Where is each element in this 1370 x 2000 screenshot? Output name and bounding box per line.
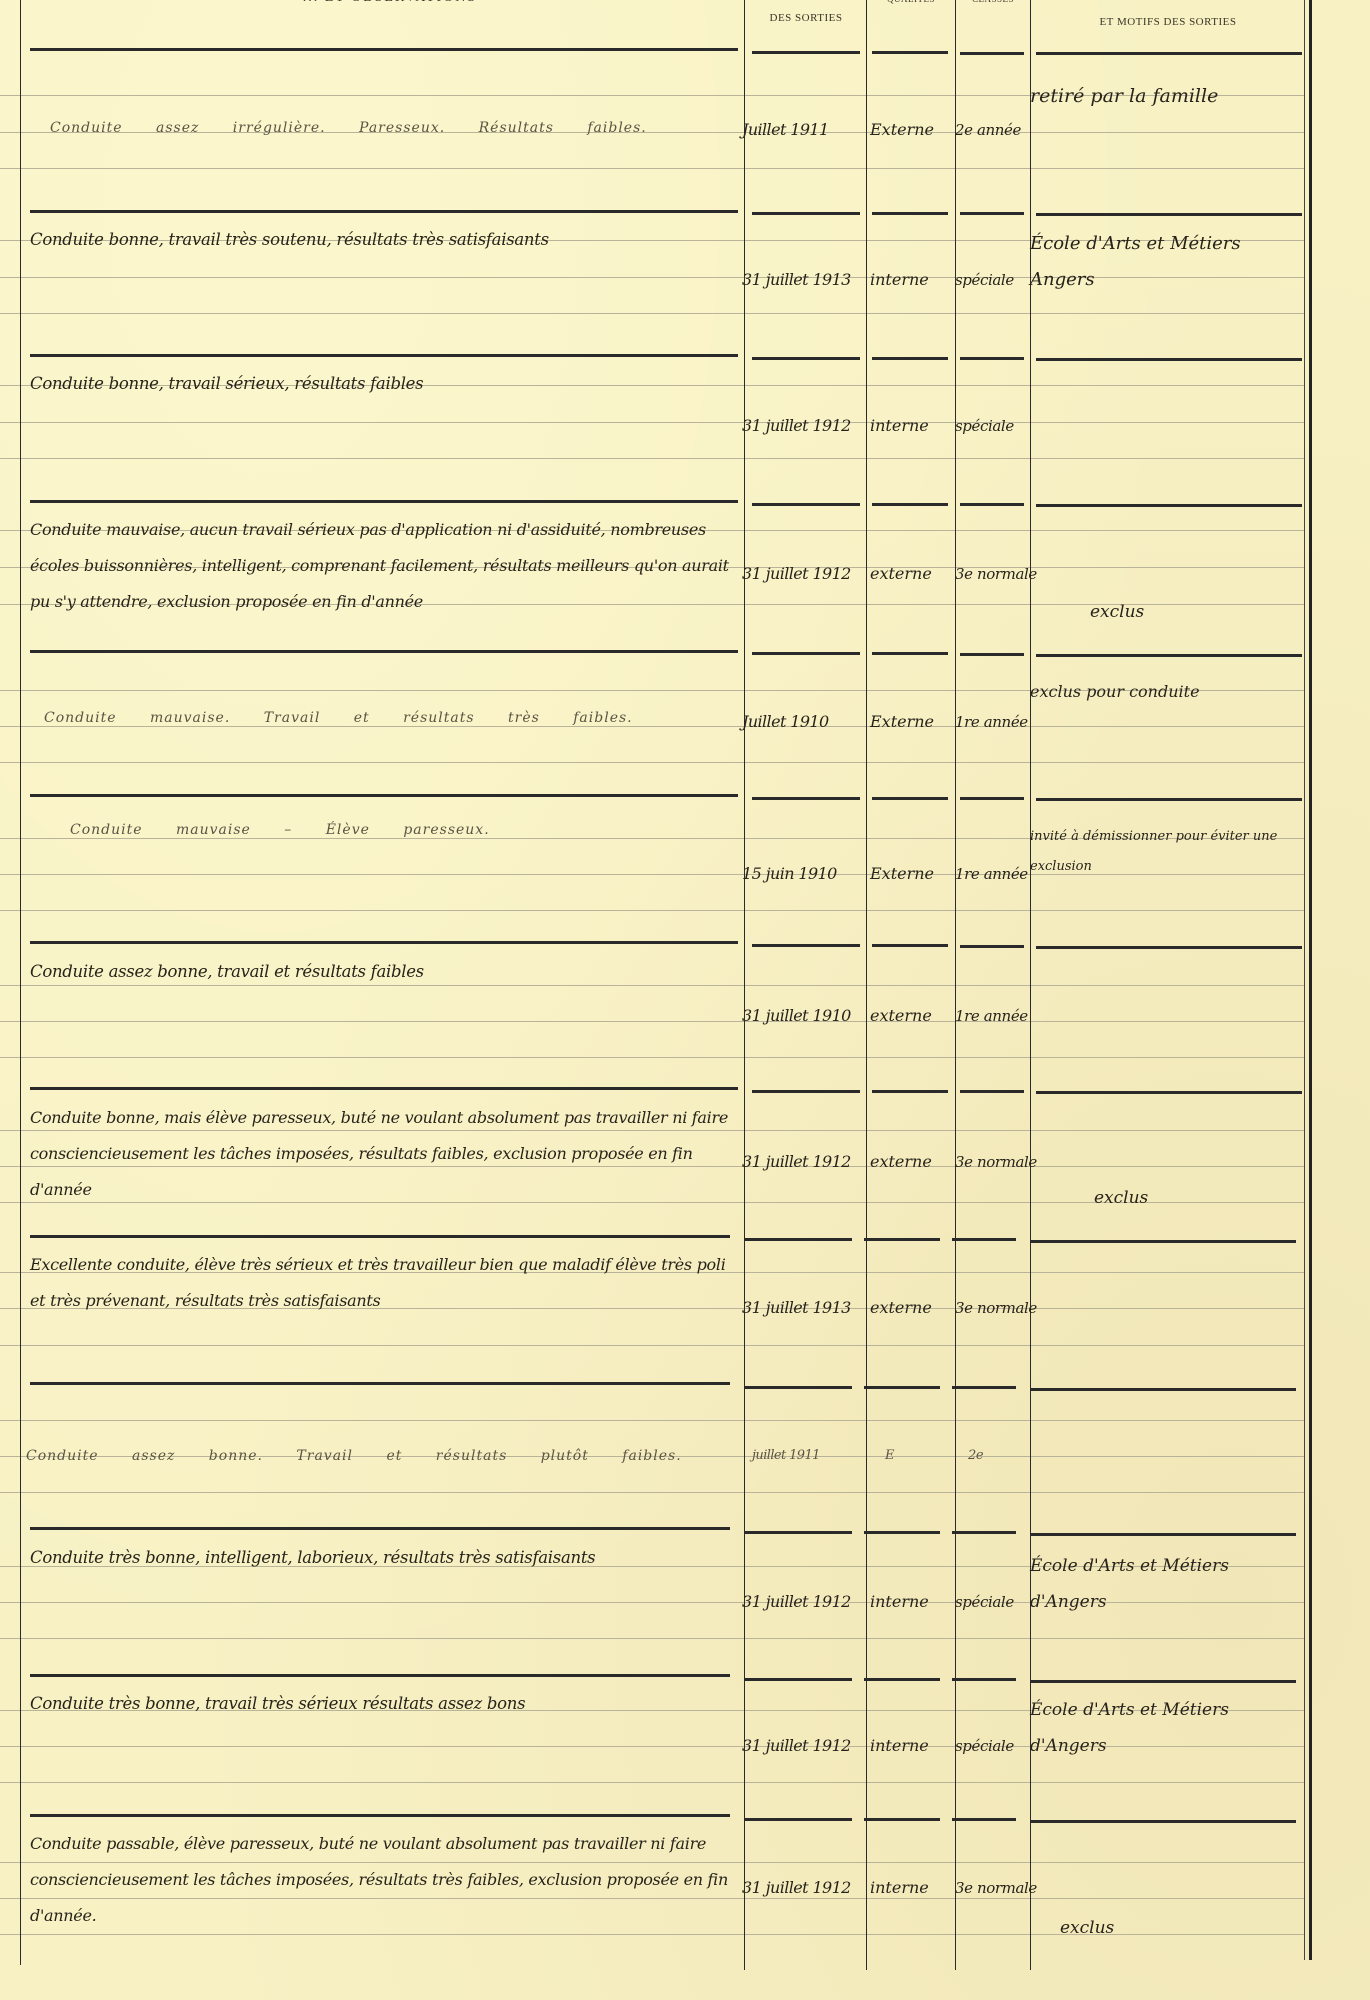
- classe: 1re année: [955, 998, 1029, 1034]
- qualite: interne: [870, 262, 954, 298]
- header-date-sorties: des sorties: [746, 12, 866, 24]
- date-sortie: 31 juillet 1912: [742, 408, 866, 444]
- observations-text: Conduite bonne, travail très soutenu, ré…: [30, 222, 735, 258]
- qualite: externe: [870, 556, 954, 592]
- qualite: E: [885, 1438, 969, 1474]
- qualite: externe: [870, 998, 954, 1034]
- date-sortie: 31 juillet 1913: [742, 1290, 866, 1326]
- observations-text: Conduite très bonne, intelligent, labori…: [30, 1540, 735, 1576]
- observations-text: Conduite assez irrégulière. Paresseux. R…: [50, 110, 755, 146]
- qualite: interne: [870, 1728, 954, 1764]
- date-sortie: 31 juillet 1912: [742, 556, 866, 592]
- classe: 1re année: [955, 856, 1029, 892]
- col-line-qualites: [866, 0, 867, 1970]
- header-motifs: et motifs des sorties: [1032, 16, 1304, 28]
- left-margin-line: [20, 0, 21, 1965]
- qualite: interne: [870, 1584, 954, 1620]
- motif-sortie: École d'Arts et Métiers d'Angers: [1030, 1692, 1308, 1764]
- qualite: Externe: [870, 704, 954, 740]
- classe: 2e année: [955, 112, 1029, 148]
- motif-sortie: exclus: [1060, 1910, 1338, 1946]
- date-sortie: juillet 1911: [752, 1438, 876, 1474]
- date-sortie: 31 juillet 1912: [742, 1584, 866, 1620]
- motif-sortie: exclus: [1094, 1180, 1370, 1216]
- header-observations: ... et observations: [180, 0, 600, 6]
- classe: spéciale: [955, 408, 1029, 444]
- observations-text: Conduite mauvaise, aucun travail sérieux…: [30, 512, 735, 620]
- classe: spéciale: [955, 1584, 1029, 1620]
- qualite: externe: [870, 1290, 954, 1326]
- classe: 3e normale: [955, 556, 1029, 592]
- classe: 3e normale: [955, 1870, 1029, 1906]
- classe: 3e normale: [955, 1290, 1029, 1326]
- classe: spéciale: [955, 262, 1029, 298]
- date-sortie: 31 juillet 1912: [742, 1144, 866, 1180]
- motif-sortie: invité à démissionner pour éviter une ex…: [1030, 822, 1308, 882]
- classe: spéciale: [955, 1728, 1029, 1764]
- qualite: interne: [870, 408, 954, 444]
- motif-sortie: retiré par la famille: [1030, 78, 1308, 114]
- classe: 2e: [968, 1438, 1042, 1474]
- qualite: Externe: [870, 856, 954, 892]
- observations-text: Conduite très bonne, travail très sérieu…: [30, 1686, 735, 1722]
- outer-border-outer: [1309, 0, 1312, 1960]
- motif-sortie: École d'Arts et Métiers Angers: [1030, 226, 1308, 298]
- header-classes: classes: [956, 0, 1030, 4]
- qualite: interne: [870, 1870, 954, 1906]
- qualite: Externe: [870, 112, 954, 148]
- motif-sortie: École d'Arts et Métiers d'Angers: [1030, 1548, 1308, 1620]
- observations-text: Conduite bonne, mais élève paresseux, bu…: [30, 1100, 735, 1208]
- observations-text: Conduite passable, élève paresseux, buté…: [30, 1826, 735, 1934]
- date-sortie: 31 juillet 1912: [742, 1870, 866, 1906]
- date-sortie: 31 juillet 1910: [742, 998, 866, 1034]
- observations-text: Conduite mauvaise. Travail et résultats …: [44, 700, 749, 736]
- date-sortie: Juillet 1910: [742, 704, 866, 740]
- observations-text: Conduite assez bonne. Travail et résulta…: [26, 1438, 731, 1474]
- date-sortie: Juillet 1911: [742, 112, 866, 148]
- motif-sortie: exclus: [1090, 594, 1368, 630]
- observations-text: Conduite mauvaise – Élève paresseux.: [70, 812, 775, 848]
- date-sortie: 31 juillet 1913: [742, 262, 866, 298]
- classe: 1re année: [955, 704, 1029, 740]
- observations-text: Conduite assez bonne, travail et résulta…: [30, 954, 735, 990]
- observations-text: Excellente conduite, élève très sérieux …: [30, 1247, 735, 1319]
- observations-text: Conduite bonne, travail sérieux, résulta…: [30, 366, 735, 402]
- classe: 3e normale: [955, 1144, 1029, 1180]
- date-sortie: 31 juillet 1912: [742, 1728, 866, 1764]
- date-sortie: 15 juin 1910: [742, 856, 866, 892]
- motif-sortie: exclus pour conduite: [1030, 674, 1308, 710]
- header-qualites: qualités: [868, 0, 954, 4]
- qualite: externe: [870, 1144, 954, 1180]
